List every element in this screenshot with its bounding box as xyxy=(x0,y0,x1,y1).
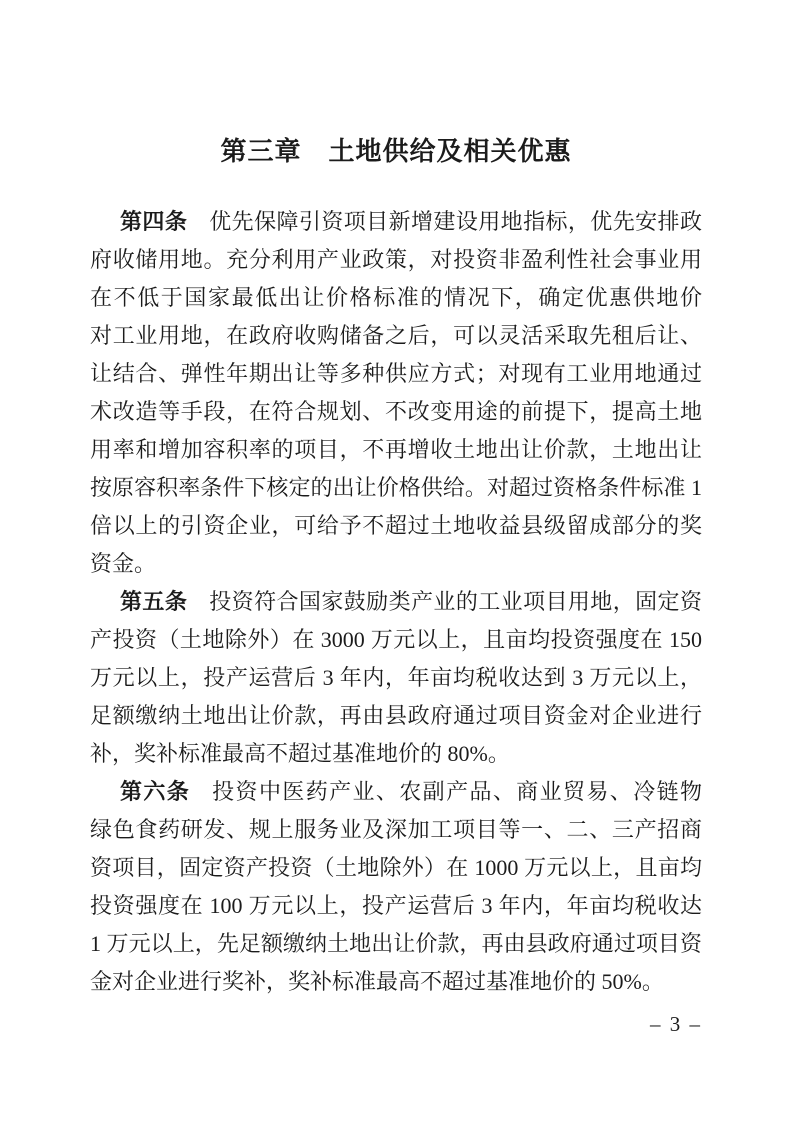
page-number: – 3 – xyxy=(90,1010,702,1038)
text-line: 金对企业进行奖补，奖补标准最高不超过基准地价的 50%。 xyxy=(90,963,702,1001)
text-line: 第六条投资中医药产业、农副产品、商业贸易、冷链物流、 xyxy=(90,773,702,811)
text-line: 补，奖补标准最高不超过基准地价的 80%。 xyxy=(90,735,702,773)
article-5-lines: 产投资（土地除外）在 3000 万元以上，且亩均投资强度在 150万元以上，投产… xyxy=(90,621,702,773)
article-4-first-line-text: 优先保障引资项目新增建设用地指标，优先安排政 xyxy=(209,209,702,234)
text-line: 第五条投资符合国家鼓励类产业的工业项目用地，固定资 xyxy=(90,583,702,621)
document-body: 第四条优先保障引资项目新增建设用地指标，优先安排政 府收储用地。充分利用产业政策… xyxy=(90,203,702,1001)
article-6-paragraph: 第六条投资中医药产业、农副产品、商业贸易、冷链物流、 绿色食药研发、规上服务业及… xyxy=(90,773,702,1001)
text-line: 1 万元以上，先足额缴纳土地出让价款，再由县政府通过项目资 xyxy=(90,925,702,963)
text-line: 在不低于国家最低出让价格标准的情况下，确定优惠供地价格。 xyxy=(90,279,702,317)
text-line: 按原容积率条件下核定的出让价格供给。对超过资格条件标准 1 xyxy=(90,469,702,507)
chapter-title: 第三章 土地供给及相关优惠 xyxy=(90,133,702,169)
text-line: 府收储用地。充分利用产业政策，对投资非盈利性社会事业用地， xyxy=(90,241,702,279)
text-line: 投资强度在 100 万元以上，投产运营后 3 年内，年亩均税收达到 xyxy=(90,887,702,925)
text-line: 资项目，固定资产投资（土地除外）在 1000 万元以上，且亩均 xyxy=(90,849,702,887)
text-line: 万元以上，投产运营后 3 年内，年亩均税收达到 3 万元以上，先 xyxy=(90,659,702,697)
document-page: 第三章 土地供给及相关优惠 第四条优先保障引资项目新增建设用地指标，优先安排政 … xyxy=(0,0,793,1122)
article-5-first-line-text: 投资符合国家鼓励类产业的工业项目用地，固定资 xyxy=(209,589,702,614)
article-5-label: 第五条 xyxy=(120,589,209,614)
text-line: 对工业用地，在政府收购储备之后，可以灵活采取先租后让、租 xyxy=(90,317,702,355)
text-line: 术改造等手段，在符合规划、不改变用途的前提下，提高土地利 xyxy=(90,393,702,431)
article-4-label: 第四条 xyxy=(120,209,209,234)
article-4-paragraph: 第四条优先保障引资项目新增建设用地指标，优先安排政 府收储用地。充分利用产业政策… xyxy=(90,203,702,583)
article-5-paragraph: 第五条投资符合国家鼓励类产业的工业项目用地，固定资 产投资（土地除外）在 300… xyxy=(90,583,702,773)
text-line: 足额缴纳土地出让价款，再由县政府通过项目资金对企业进行奖 xyxy=(90,697,702,735)
article-6-label: 第六条 xyxy=(120,779,212,804)
article-4-lines: 府收储用地。充分利用产业政策，对投资非盈利性社会事业用地，在不低于国家最低出让价… xyxy=(90,241,702,583)
article-6-lines: 绿色食药研发、规上服务业及深加工项目等一、二、三产招商引资项目，固定资产投资（土… xyxy=(90,811,702,1001)
text-line: 第四条优先保障引资项目新增建设用地指标，优先安排政 xyxy=(90,203,702,241)
text-line: 产投资（土地除外）在 3000 万元以上，且亩均投资强度在 150 xyxy=(90,621,702,659)
text-line: 绿色食药研发、规上服务业及深加工项目等一、二、三产招商引 xyxy=(90,811,702,849)
text-line: 让结合、弹性年期出让等多种供应方式；对现有工业用地通过技 xyxy=(90,355,702,393)
text-line: 用率和增加容积率的项目，不再增收土地出让价款，土地出让金 xyxy=(90,431,702,469)
text-line: 资金。 xyxy=(90,545,702,583)
text-line: 倍以上的引资企业，可给予不超过土地收益县级留成部分的奖补 xyxy=(90,507,702,545)
